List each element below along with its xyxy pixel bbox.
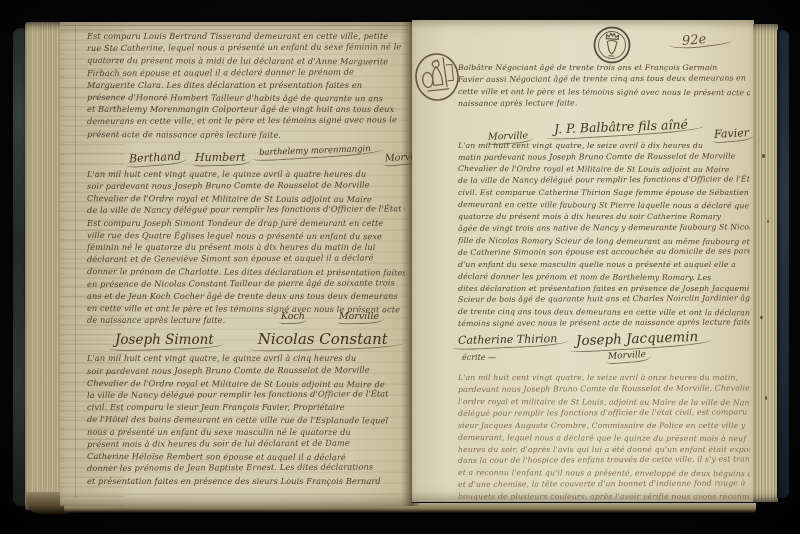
page-edge-stack-left [25,22,64,510]
manuscript-line: ans et de Jean Koch Cocher âgé de trente… [87,290,405,302]
manuscript-line: demeurant en cette ville faubourg St Pie… [458,199,750,212]
manuscript-line: âgée de vingt trois ans native de Nancy … [458,221,750,234]
manuscript-line: la ville de Nancy délégué pour remplir l… [87,387,405,401]
minerva-figure-stamp-icon [412,50,462,105]
signature-morenmangin: barthelemy morenmangin [259,144,371,158]
manuscript-line: témoins signé avec nous le présent acte … [458,317,750,330]
manuscript-line: pardevant nous Joseph Bruno Comte de Rou… [458,383,750,396]
signature-catherine-thirion: Catherine Thirion [458,332,557,347]
manuscript-line: et d'une chemise, la tête couverte d'un … [458,478,750,491]
manuscript-line: dans la cour de l'hospice des enfans tro… [458,454,750,467]
foxing-speck [760,316,763,319]
manuscript-line: de la ville de Nancy délégué pour rempli… [87,203,405,217]
ruled-frame-line-left [75,25,76,498]
left-page: Est comparu Louis Bertrand Tisserand dem… [60,22,412,506]
manuscript-line: déclarant et de Geneviève Simont son épo… [87,252,405,266]
right-page-text-column: Balbâtre Négociant âgé de trente trois a… [458,62,750,502]
manuscript-line: ville rue des Quatre Églises lequel nous… [87,229,405,243]
signature-nicolas-constant: Nicolas Constant [258,330,388,348]
manuscript-line: donner les prénoms de Jean Baptiste Erne… [87,461,405,475]
signature-favier: Favier [714,126,750,141]
crowned-cipher-stamp-icon [592,24,632,66]
signature-koch: Koch [281,311,305,322]
manuscript-line: soir pardevant nous Joseph Bruno Comte d… [87,363,405,377]
manuscript-line: présence d'Honoré Humbert Tailleur d'hab… [87,91,405,105]
manuscript-line: déclaré donner les prénom et nom de Bart… [458,271,750,284]
foxing-speck [767,220,769,223]
signature-note: écrite — [462,353,496,362]
manuscript-line: de Catherine Simonin son épouse est acco… [458,245,750,258]
birth-act-favier: L'an mil huit cent vingt quatre, le quin… [87,352,405,486]
manuscript-line: présent mois à dix heures du soir de lui… [87,436,405,450]
manuscript-line: civil. Est comparu le sieur Jean Françoi… [87,401,405,413]
book-cover-right [777,30,789,498]
signature-berthand: Berthand [129,149,182,165]
manuscript-line: délégué pour remplir les fonctions d'off… [458,406,750,419]
birth-act-romary: L'an mil huit cent vingt quatre, le seiz… [458,140,750,331]
signature-balbatre: J. P. Balbâtre fils aîné [554,116,688,136]
manuscript-line: demeurant, lequel nous a déclaré que le … [458,432,750,445]
manuscript-line: civil. Est comparue Catherine Thirion Sa… [458,187,750,199]
manuscript-line: Est comparu Joseph Simont Tondeur de dra… [87,217,405,229]
signature-humbert: Humbert [195,151,245,164]
right-page: 92e Balbâtre Négociant âgé de trente tro… [412,20,754,502]
signature-row-act1: Berthand Humbert barthelemy morenmangin … [87,140,405,164]
signature-joseph-simont: Joseph Simont [115,332,214,348]
signature-block-act2-right: Catherine Thirion Joseph Jacquemin Morvi… [458,331,750,369]
manuscript-line: Marguerite Clara. Les dites déclaration … [87,79,405,91]
signature-joseph-jacquemin: Joseph Jacquemin [576,329,699,349]
manuscript-line: bouquets de plusieurs couleurs, après l'… [458,491,750,502]
birth-act-simont: L'an mil huit cent vingt quatre, le quin… [87,168,405,327]
manuscript-line: matin pardevant nous Joseph Bruno Comte … [458,150,750,163]
foundling-act-crombre: L'an mil huit cent vingt quatre, le seiz… [458,372,750,502]
manuscript-line: Firbach son épouse et auquel il a déclar… [87,65,405,79]
manuscript-line: Scieur de bois âgé de quarante huit ans … [458,293,750,306]
signature-morville: Morville [488,130,528,142]
manuscript-line: d'un enfant du sexe masculin quelle nous… [458,259,750,271]
folio-number: 92e [681,32,706,49]
signature-row-act1-right: Morville J. P. Balbâtre fils aîné Favier [458,110,750,140]
manuscript-line: demeurans en cette ville, et ont le père… [87,114,405,128]
left-page-text-column: Est comparu Louis Bertrand Tisserand dem… [87,30,405,487]
manuscript-line: Favier aussi Négociant âgé de trente cin… [458,72,750,85]
foxing-speck [765,396,767,400]
photo-background: Est comparu Louis Bertrand Tisserand dem… [0,0,800,534]
signature-row-act2: Joseph Simont Nicolas Constant [87,324,405,348]
manuscript-line: soir pardevant nous Joseph Bruno Comte d… [87,178,405,192]
birth-act-favier-end: Balbâtre Négociant âgé de trente trois a… [458,62,750,110]
manuscript-line: sieur Jacques Auguste Crombre, Commissai… [458,420,750,432]
manuscript-line: rue Ste Catherine, lequel nous a présent… [87,41,405,55]
signature-morville: Morville [339,311,379,322]
manuscript-line: de la ville de Nancy délégué pour rempli… [458,174,750,187]
manuscript-line: en présence de Nicolas Constant Tailleur… [87,276,405,290]
manuscript-line: naissance après lecture faite. [458,96,750,109]
manuscript-line: et présentation faites en présence des s… [87,475,405,487]
foxing-speck [762,154,765,158]
manuscript-line: de l'Hôtel des bains demeurant en cette … [87,413,405,427]
birth-act-bertrand: Est comparu Louis Bertrand Tisserand dem… [87,30,405,140]
signature-morville: Morville [608,350,646,362]
manuscript-line: présent acte de naissance après lecture … [87,128,405,142]
page-edge-stack-right [753,24,778,502]
